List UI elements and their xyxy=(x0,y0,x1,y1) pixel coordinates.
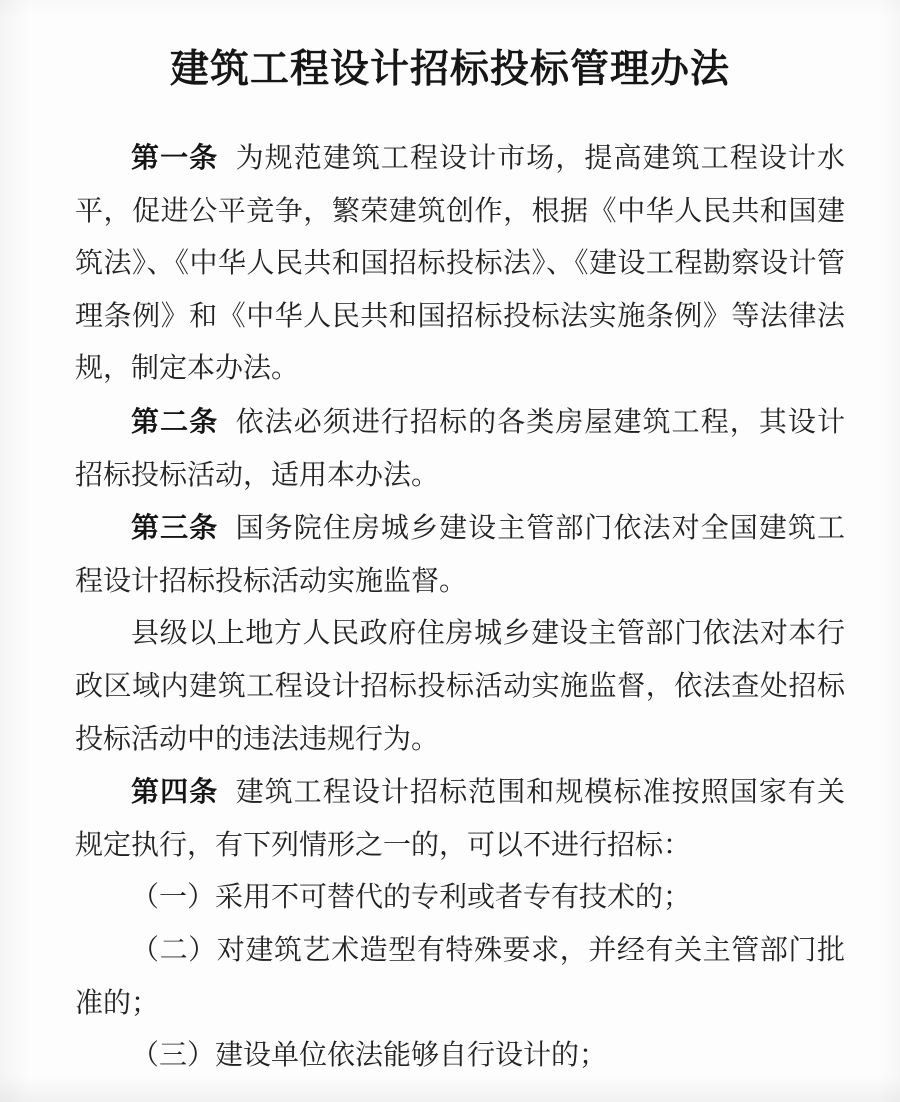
article-4-item-2-text: （二）对建筑艺术造型有特殊要求，并经有关主管部门批准的； xyxy=(75,935,845,1019)
article-4-paragraph: 第四条建筑工程设计招标范围和规模标准按照国家有关规定执行，有下列情形之一的，可以… xyxy=(75,766,845,872)
article-1-number: 第一条 xyxy=(131,142,218,173)
article-1-paragraph: 第一条为规范建筑工程设计市场，提高建筑工程设计水平，促进公平竞争，繁荣建筑创作，… xyxy=(75,132,845,396)
document-body: 第一条为规范建筑工程设计市场，提高建筑工程设计水平，促进公平竞争，繁荣建筑创作，… xyxy=(75,132,845,1083)
article-4-item-1: （一）采用不可替代的专利或者专有技术的； xyxy=(75,872,845,925)
article-3-continuation-text: 县级以上地方人民政府住房城乡建设主管部门依法对本行政区域内建筑工程设计招标投标活… xyxy=(75,618,845,754)
article-2-paragraph: 第二条依法必须进行招标的各类房屋建筑工程，其设计招标投标活动，适用本办法。 xyxy=(75,396,845,502)
article-2-number: 第二条 xyxy=(131,406,218,437)
document-page: 建筑工程设计招标投标管理办法 第一条为规范建筑工程设计市场，提高建筑工程设计水平… xyxy=(0,0,900,1102)
article-3-continuation-paragraph: 县级以上地方人民政府住房城乡建设主管部门依法对本行政区域内建筑工程设计招标投标活… xyxy=(75,608,845,766)
article-3-paragraph: 第三条国务院住房城乡建设主管部门依法对全国建筑工程设计招标投标活动实施监督。 xyxy=(75,502,845,608)
article-1-text: 为规范建筑工程设计市场，提高建筑工程设计水平，促进公平竞争，繁荣建筑创作，根据《… xyxy=(75,143,845,384)
article-4-item-2: （二）对建筑艺术造型有特殊要求，并经有关主管部门批准的； xyxy=(75,925,845,1030)
article-4-item-1-text: （一）采用不可替代的专利或者专有技术的； xyxy=(131,882,691,913)
article-3-number: 第三条 xyxy=(131,512,218,543)
document-title: 建筑工程设计招标投标管理办法 xyxy=(0,0,900,94)
article-4-number: 第四条 xyxy=(131,776,218,807)
article-4-item-3: （三）建设单位依法能够自行设计的； xyxy=(75,1030,845,1083)
article-4-item-3-text: （三）建设单位依法能够自行设计的； xyxy=(131,1040,607,1071)
